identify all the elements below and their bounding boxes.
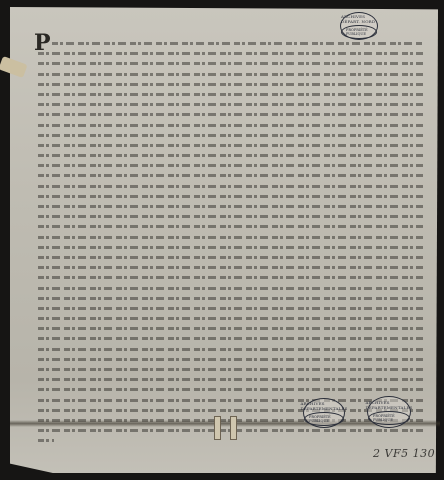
text-line	[38, 140, 423, 150]
text-line	[38, 354, 423, 364]
text-line	[38, 262, 423, 272]
text-line	[38, 99, 423, 109]
text-line	[38, 242, 423, 252]
text-line	[38, 303, 423, 313]
archive-stamp-bottom-left: ARCHIVES DÉPARTEMENTALES PROPRIÉTÉ PUBLI…	[303, 398, 345, 428]
text-line	[38, 221, 423, 231]
text-line	[38, 293, 423, 303]
text-line	[38, 150, 423, 160]
text-line	[38, 384, 423, 394]
text-line	[38, 313, 423, 323]
text-line	[38, 170, 423, 180]
text-line	[38, 58, 423, 68]
archive-stamp-bottom-right: ARCHIVES DÉPARTEMENTALES PROPRIÉTÉ PUBLI…	[367, 396, 411, 428]
stamp-ring-text: ARCHIVES DÉPARTEMENTALES	[365, 400, 412, 410]
stamp-ring-text: ARCHIVES DÉPART. NORD	[341, 14, 377, 24]
text-line	[38, 333, 423, 343]
text-line	[38, 364, 423, 374]
parchment-tag-left	[214, 416, 221, 440]
text-line	[38, 374, 423, 384]
archive-stamp-top: ARCHIVES DÉPART. NORD PROPRIÉTÉ PUBLIQUE	[340, 12, 378, 40]
text-line	[38, 323, 423, 333]
text-line	[38, 120, 423, 130]
text-line	[38, 344, 423, 354]
text-line	[38, 181, 423, 191]
text-line	[38, 272, 423, 282]
manuscript-text	[38, 38, 423, 446]
text-line	[52, 38, 423, 48]
text-line	[38, 211, 423, 221]
text-line	[38, 79, 423, 89]
stamp-ring-text: ARCHIVES DÉPARTEMENTALES	[300, 401, 347, 411]
text-line	[38, 89, 423, 99]
text-line	[38, 252, 423, 262]
text-line	[38, 283, 423, 293]
stamp-center-text: PROPRIÉTÉ PUBLIQUE	[368, 411, 410, 425]
text-line	[38, 48, 423, 58]
shelfmark: 2 VF5 130	[373, 447, 435, 460]
text-line	[38, 160, 423, 170]
text-line	[38, 109, 423, 119]
text-line	[38, 191, 423, 201]
parchment-tag-right	[230, 416, 237, 440]
stamp-center-text: PROPRIÉTÉ PUBLIQUE	[341, 25, 377, 39]
text-line	[38, 201, 423, 211]
stamp-center-text: PROPRIÉTÉ PUBLIQUE	[304, 412, 344, 426]
text-line	[38, 130, 423, 140]
text-line	[38, 69, 423, 79]
text-line	[38, 232, 423, 242]
